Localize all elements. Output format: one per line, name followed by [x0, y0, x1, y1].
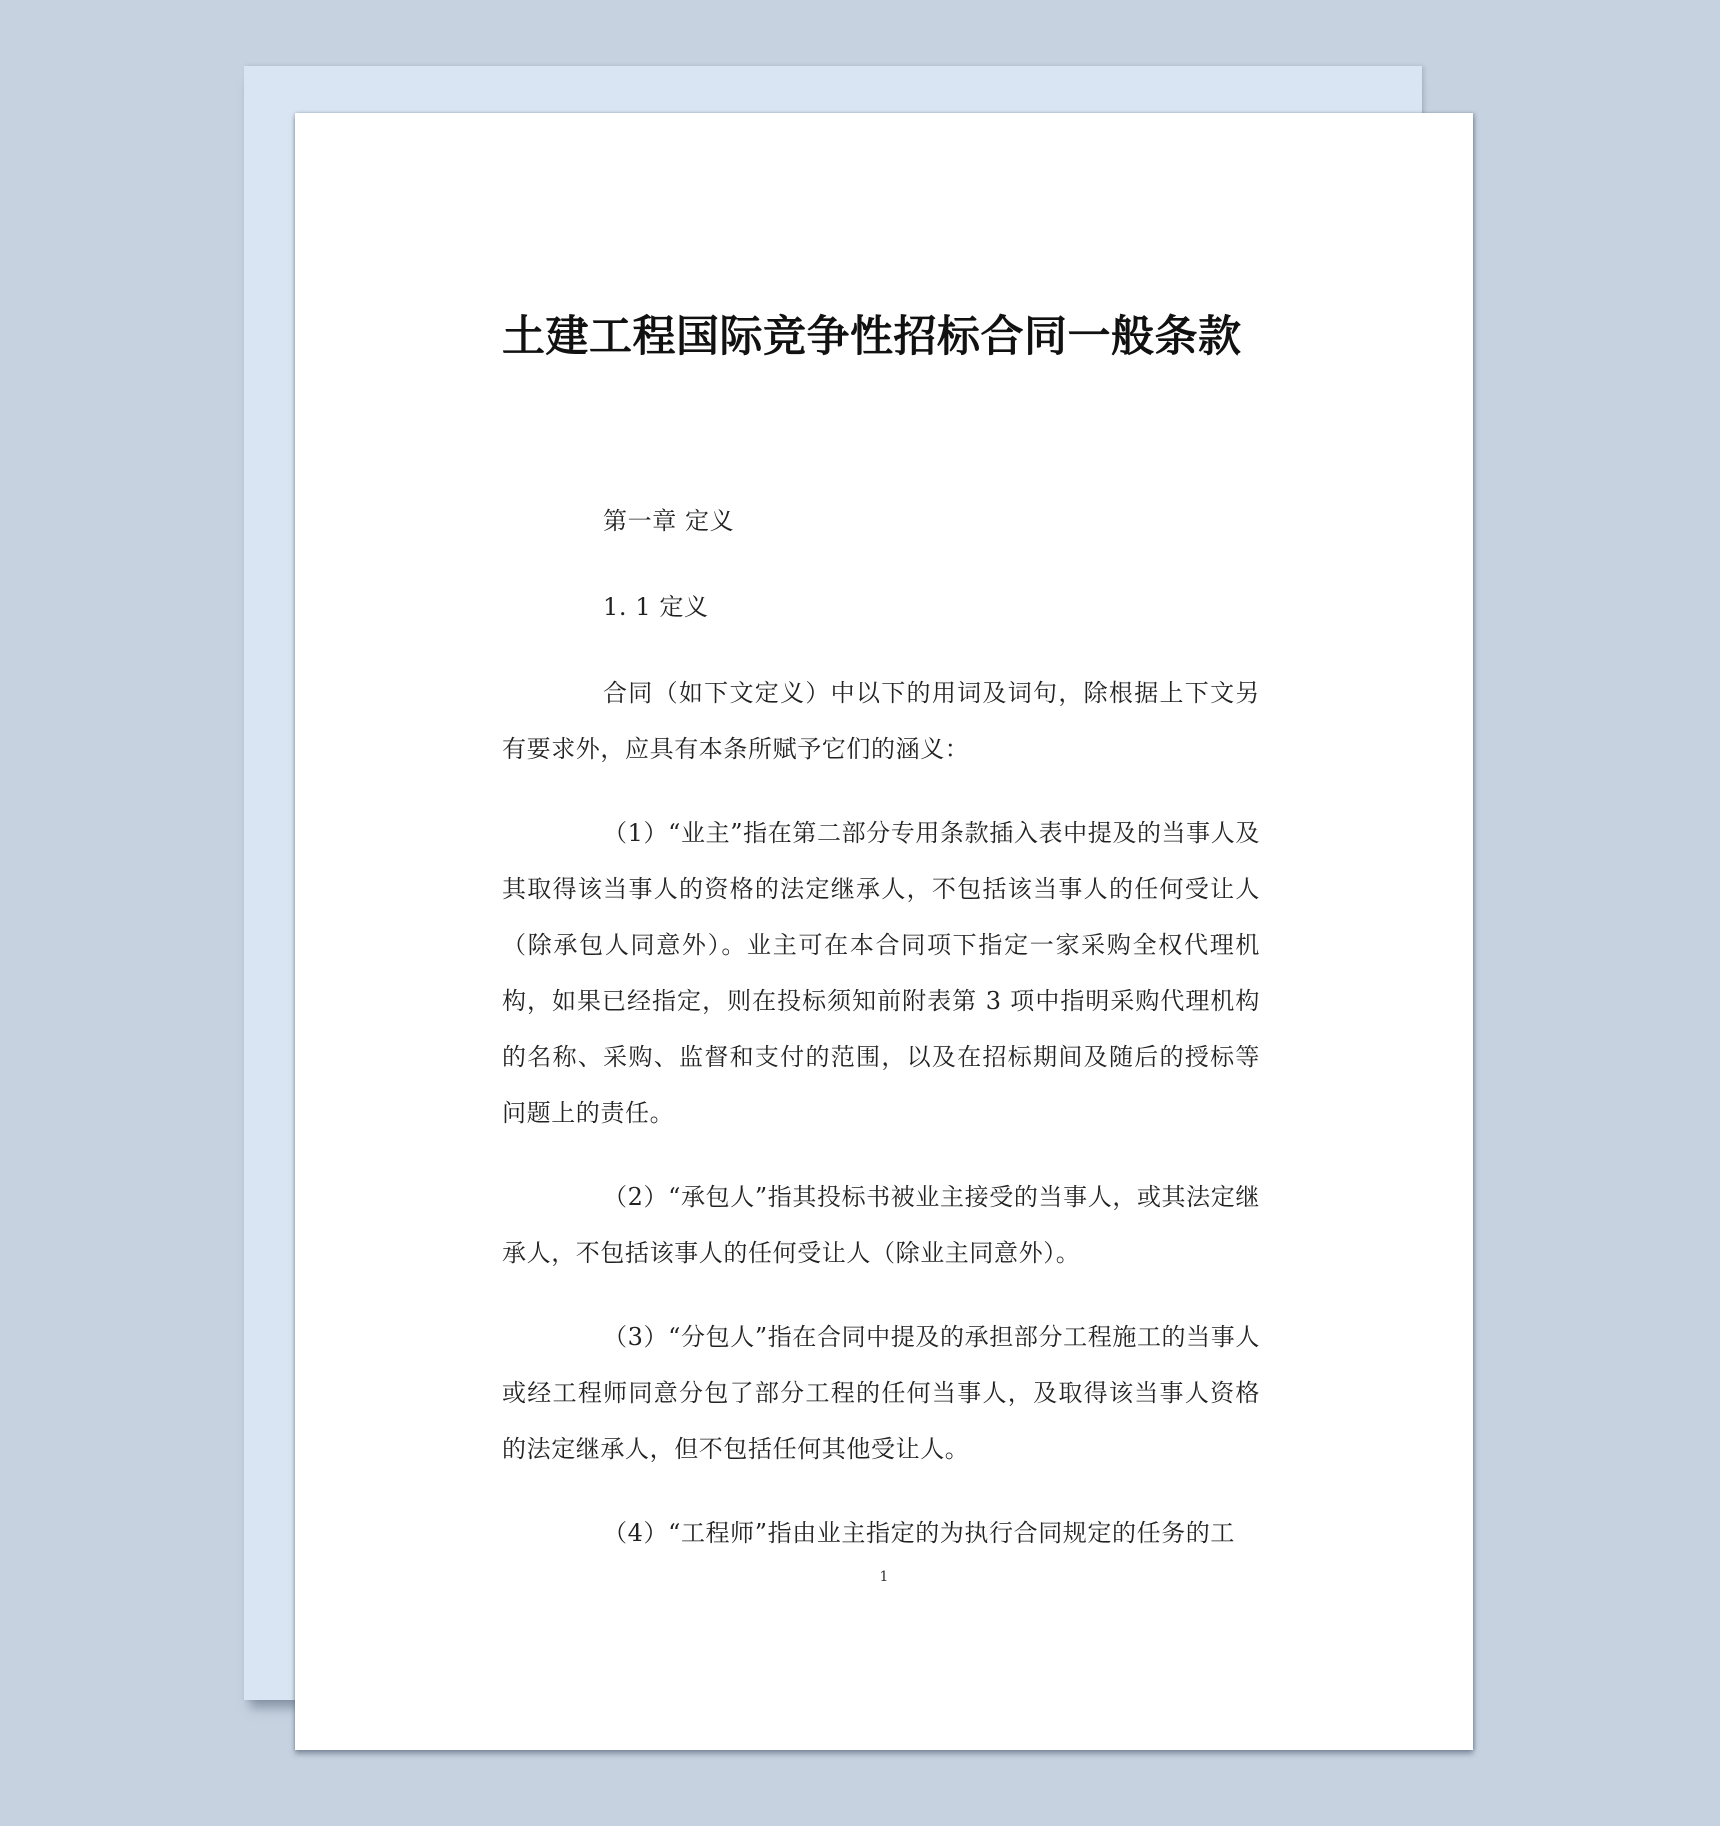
- definition-contractor: （2）“承包人”指其投标书被业主接受的当事人，或其法定继承人，不包括该事人的任何…: [502, 1169, 1260, 1281]
- definition-owner: （1）“业主”指在第二部分专用条款插入表中提及的当事人及其取得该当事人的资格的法…: [502, 805, 1260, 1141]
- intro-paragraph: 合同（如下文定义）中以下的用词及词句，除根据上下文另有要求外，应具有本条所赋予它…: [502, 665, 1260, 777]
- document-title: 土建工程国际竞争性招标合同一般条款: [502, 303, 1302, 364]
- document-page: 土建工程国际竞争性招标合同一般条款 第一章 定义 1. 1 定义 合同（如下文定…: [295, 113, 1473, 1750]
- definition-engineer: （4）“工程师”指由业主指定的为执行合同规定的任务的工: [502, 1505, 1260, 1561]
- document-body: 第一章 定义 1. 1 定义 合同（如下文定义）中以下的用词及词句，除根据上下文…: [502, 493, 1260, 1589]
- definition-subcontractor: （3）“分包人”指在合同中提及的承担部分工程施工的当事人或经工程师同意分包了部分…: [502, 1309, 1260, 1477]
- page-number: 1: [295, 1569, 1473, 1585]
- chapter-heading: 第一章 定义: [502, 493, 1260, 549]
- section-heading: 1. 1 定义: [502, 579, 1260, 635]
